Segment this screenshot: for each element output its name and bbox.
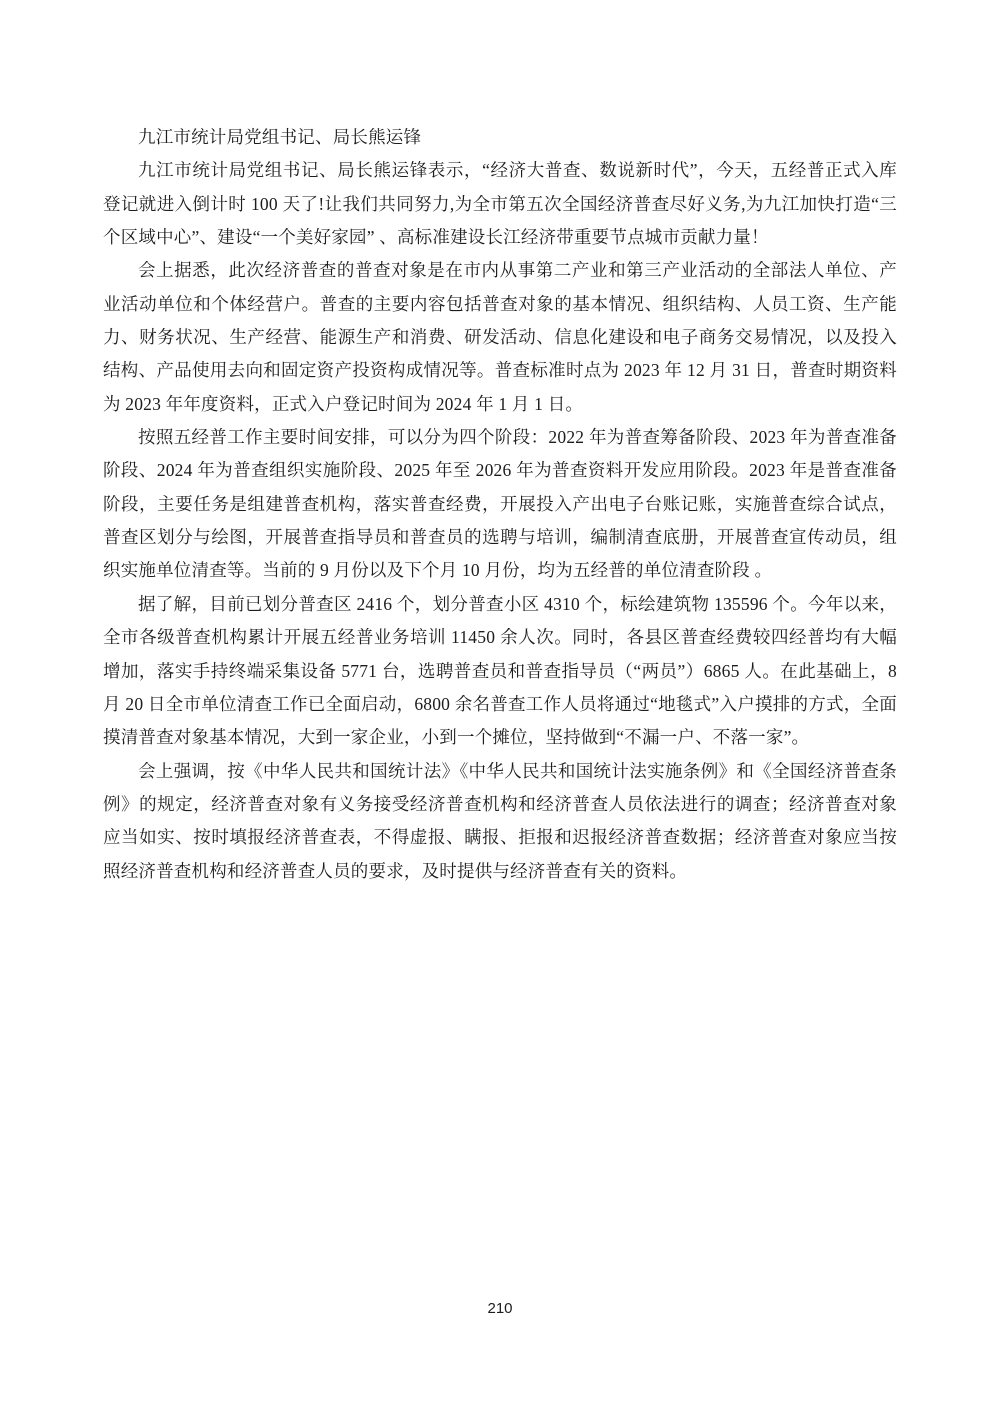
paragraph-legal-requirements: 会上强调，按《中华人民共和国统计法》《中华人民共和国统计法实施条例》和《全国经济… [103, 755, 897, 888]
paragraph-speaker-heading: 九江市统计局党组书记、局长熊运锋 [103, 121, 897, 154]
paragraph-census-phases: 按照五经普工作主要时间安排，可以分为四个阶段：2022 年为普查筹备阶段、202… [103, 421, 897, 588]
page-number: 210 [487, 1300, 512, 1317]
paragraph-census-scope: 会上据悉，此次经济普查的普查对象是在市内从事第二产业和第三产业活动的全部法人单位… [103, 254, 897, 421]
paragraph-census-progress: 据了解，目前已划分普查区 2416 个，划分普查小区 4310 个，标绘建筑物 … [103, 588, 897, 755]
document-body: 九江市统计局党组书记、局长熊运锋 九江市统计局党组书记、局长熊运锋表示，“经济大… [103, 121, 897, 888]
paragraph-statement: 九江市统计局党组书记、局长熊运锋表示，“经济大普查、数说新时代”，今天，五经普正… [103, 154, 897, 254]
page-footer: 210 [0, 1298, 1000, 1320]
document-page: 九江市统计局党组书记、局长熊运锋 九江市统计局党组书记、局长熊运锋表示，“经济大… [0, 0, 1000, 1414]
